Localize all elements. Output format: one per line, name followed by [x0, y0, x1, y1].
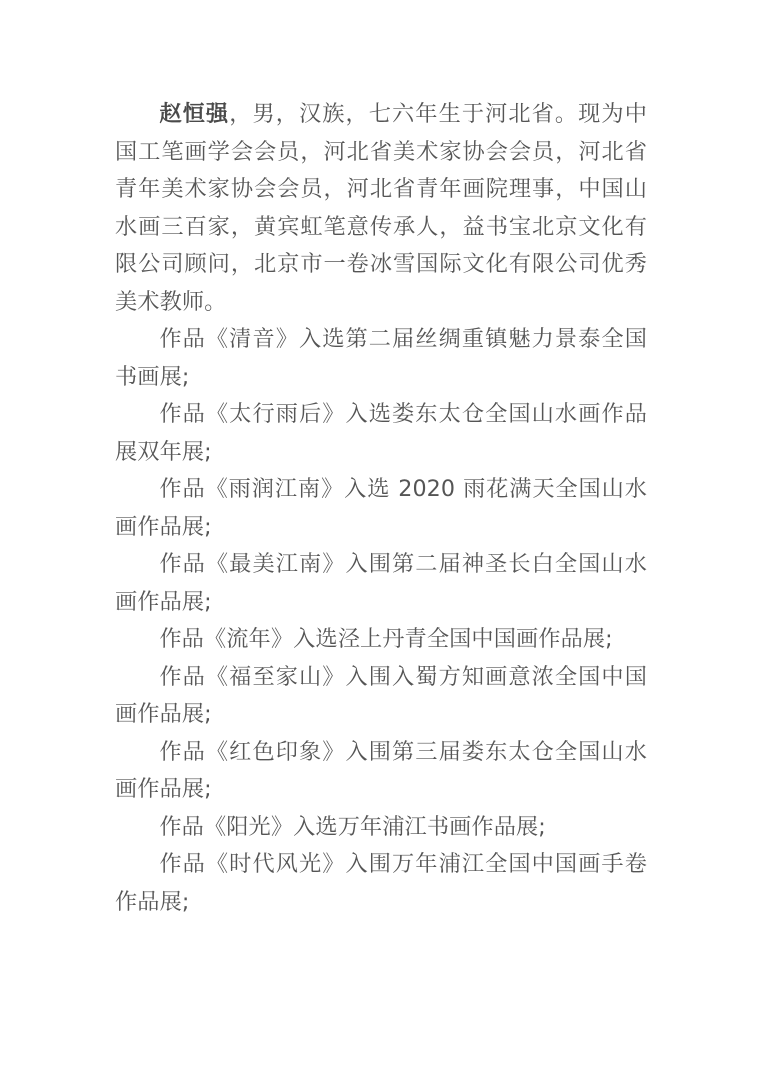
bio-paragraph: 赵恒强，男，汉族，七六年生于河北省。现为中国工笔画学会会员，河北省美术家协会会员…	[115, 96, 647, 321]
work-entry: 作品《最美江南》入围第二届神圣长白全国山水画作品展;	[115, 546, 647, 621]
work-entry: 作品《流年》入选泾上丹青全国中国画作品展;	[115, 621, 647, 659]
work-entry: 作品《福至家山》入围入蜀方知画意浓全国中国画作品展;	[115, 659, 647, 734]
work-entry: 作品《红色印象》入围第三届娄东太仓全国山水画作品展;	[115, 734, 647, 809]
work-entry: 作品《雨润江南》入选 2020 雨花满天全国山水画作品展;	[115, 471, 647, 546]
document-body: 赵恒强，男，汉族，七六年生于河北省。现为中国工笔画学会会员，河北省美术家协会会员…	[115, 96, 647, 921]
work-entry: 作品《清音》入选第二届丝绸重镇魅力景泰全国书画展;	[115, 321, 647, 396]
artist-name: 赵恒强	[159, 101, 229, 127]
work-entry: 作品《太行雨后》入选娄东太仓全国山水画作品展双年展;	[115, 396, 647, 471]
work-entry: 作品《阳光》入选万年浦江书画作品展;	[115, 809, 647, 847]
work-entry: 作品《时代风光》入围万年浦江全国中国画手卷作品展;	[115, 846, 647, 921]
bio-text: ，男，汉族，七六年生于河北省。现为中国工笔画学会会员，河北省美术家协会会员，河北…	[115, 101, 647, 315]
